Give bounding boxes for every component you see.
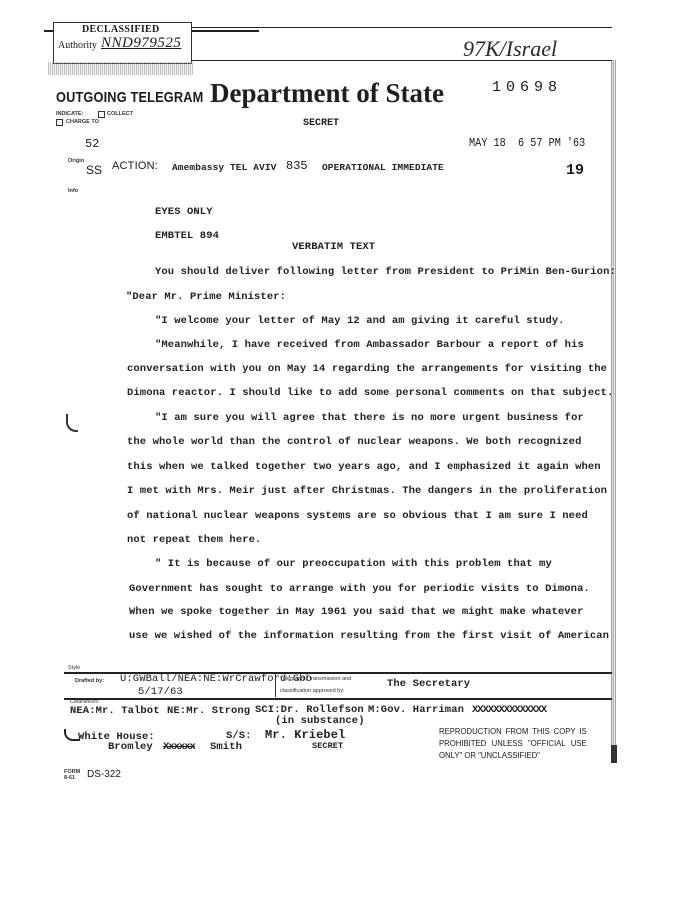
page-marker: 19 — [566, 162, 584, 179]
body-line: not repeat them here. — [127, 534, 261, 546]
clearance-rollefson-note: (in substance) — [275, 715, 365, 727]
body-line: conversation with you on May 14 regardin… — [127, 363, 607, 375]
body-line: use we wished of the information resulti… — [129, 630, 609, 642]
transmission-label-1: Telegraphic transmission and — [280, 676, 351, 682]
footer-divider — [275, 673, 276, 697]
scan-edge-mark — [611, 745, 617, 763]
action-label: ACTION: — [112, 160, 158, 172]
clearance-harriman: M:Gov. Harriman — [368, 704, 464, 716]
charge-to-label: CHARGE TO — [66, 119, 99, 125]
info-label: Info — [68, 188, 78, 194]
reproduction-notice: REPRODUCTION FROM THIS COPY IS PROHIBITE… — [439, 725, 587, 761]
stamp-smudge — [48, 62, 193, 75]
clearance-talbot: NEA:Mr. Talbot — [70, 705, 160, 717]
bottom-classification: SECRET — [312, 741, 343, 751]
drafted-by-label: Drafted by: — [75, 678, 104, 684]
declassified-title: DECLASSIFIED — [82, 24, 160, 35]
body-line: Dimona reactor. I should like to add som… — [127, 387, 613, 399]
charge-checkbox[interactable] — [56, 119, 63, 126]
body-line: "I welcome your letter of May 12 and am … — [155, 315, 565, 327]
action-to: Amembassy TEL AVIV — [172, 162, 276, 173]
white-house-struck: Xxxxxx — [163, 741, 195, 753]
clearance-strong: NE:Mr. Strong — [167, 705, 250, 717]
authority-label: Authority — [58, 40, 97, 51]
margin-mark — [66, 414, 78, 432]
white-house-bromley: Bromley — [108, 741, 153, 753]
clearance-struck: XXXXXXXXXXXXXX — [472, 704, 546, 716]
body-line: When we spoke together in May 1961 you s… — [129, 606, 583, 618]
verbatim-heading: VERBATIM TEXT — [292, 241, 375, 253]
body-line: " It is because of our preoccupation wit… — [155, 558, 552, 570]
handling-caveat: EYES ONLY — [155, 206, 213, 218]
body-line: "Meanwhile, I have received from Ambassa… — [155, 339, 584, 351]
collect-checkbox[interactable] — [98, 111, 105, 118]
number-52: 52 — [85, 137, 99, 151]
form-number: DS-322 — [87, 769, 121, 780]
body-line: of national nuclear weapons systems are … — [127, 510, 588, 522]
footer-rule-bottom — [64, 698, 612, 700]
reference-telegram: EMBTEL 894 — [155, 230, 219, 242]
handwritten-file-note: 97K/Israel — [463, 36, 557, 62]
declassified-stamp: DECLASSIFIED Authority NND979525 — [53, 22, 192, 64]
date-stamp: MAY 18 6 57 PM '63 — [469, 136, 585, 150]
margin-hook — [64, 729, 80, 741]
style-label: Style — [68, 665, 80, 671]
precedence: OPERATIONAL IMMEDIATE — [322, 162, 444, 173]
body-line: the whole world than the control of nucl… — [127, 436, 581, 448]
drafted-date: 5/17/63 — [138, 686, 183, 698]
form-label: FORM 8-61 — [64, 769, 80, 781]
indicate-label: INDICATE: — [56, 111, 83, 117]
approved-by: The Secretary — [387, 678, 470, 690]
form-title: OUTGOING TELEGRAM — [56, 89, 203, 106]
department-title: Department of State — [210, 78, 444, 109]
classification-header: SECRET — [303, 118, 339, 129]
white-house-smith: Smith — [210, 741, 242, 753]
body-line: "I am sure you will agree that there is … — [155, 412, 584, 424]
body-line: I met with Mrs. Meir just after Christma… — [127, 485, 607, 497]
top-rule-right — [192, 27, 612, 28]
collect-label: COLLECT — [107, 111, 133, 117]
ss-value: Mr. Kriebel — [265, 728, 345, 742]
ss-label: S/S: — [226, 730, 252, 742]
body-line: You should deliver following letter from… — [155, 266, 616, 278]
transmission-label-2: classification approved by: — [280, 688, 345, 694]
origin-label: Origin — [68, 158, 84, 164]
telegram-number: 10698 — [492, 79, 562, 96]
authority-value: NND979525 — [101, 35, 181, 52]
origin-value: SS — [86, 163, 102, 177]
body-line: Government has sought to arrange with yo… — [129, 583, 590, 595]
body-line: this when we talked together two years a… — [127, 461, 601, 473]
body-line: "Dear Mr. Prime Minister: — [126, 291, 286, 303]
action-number: 835 — [286, 159, 308, 173]
scan-edge-right — [611, 60, 616, 750]
